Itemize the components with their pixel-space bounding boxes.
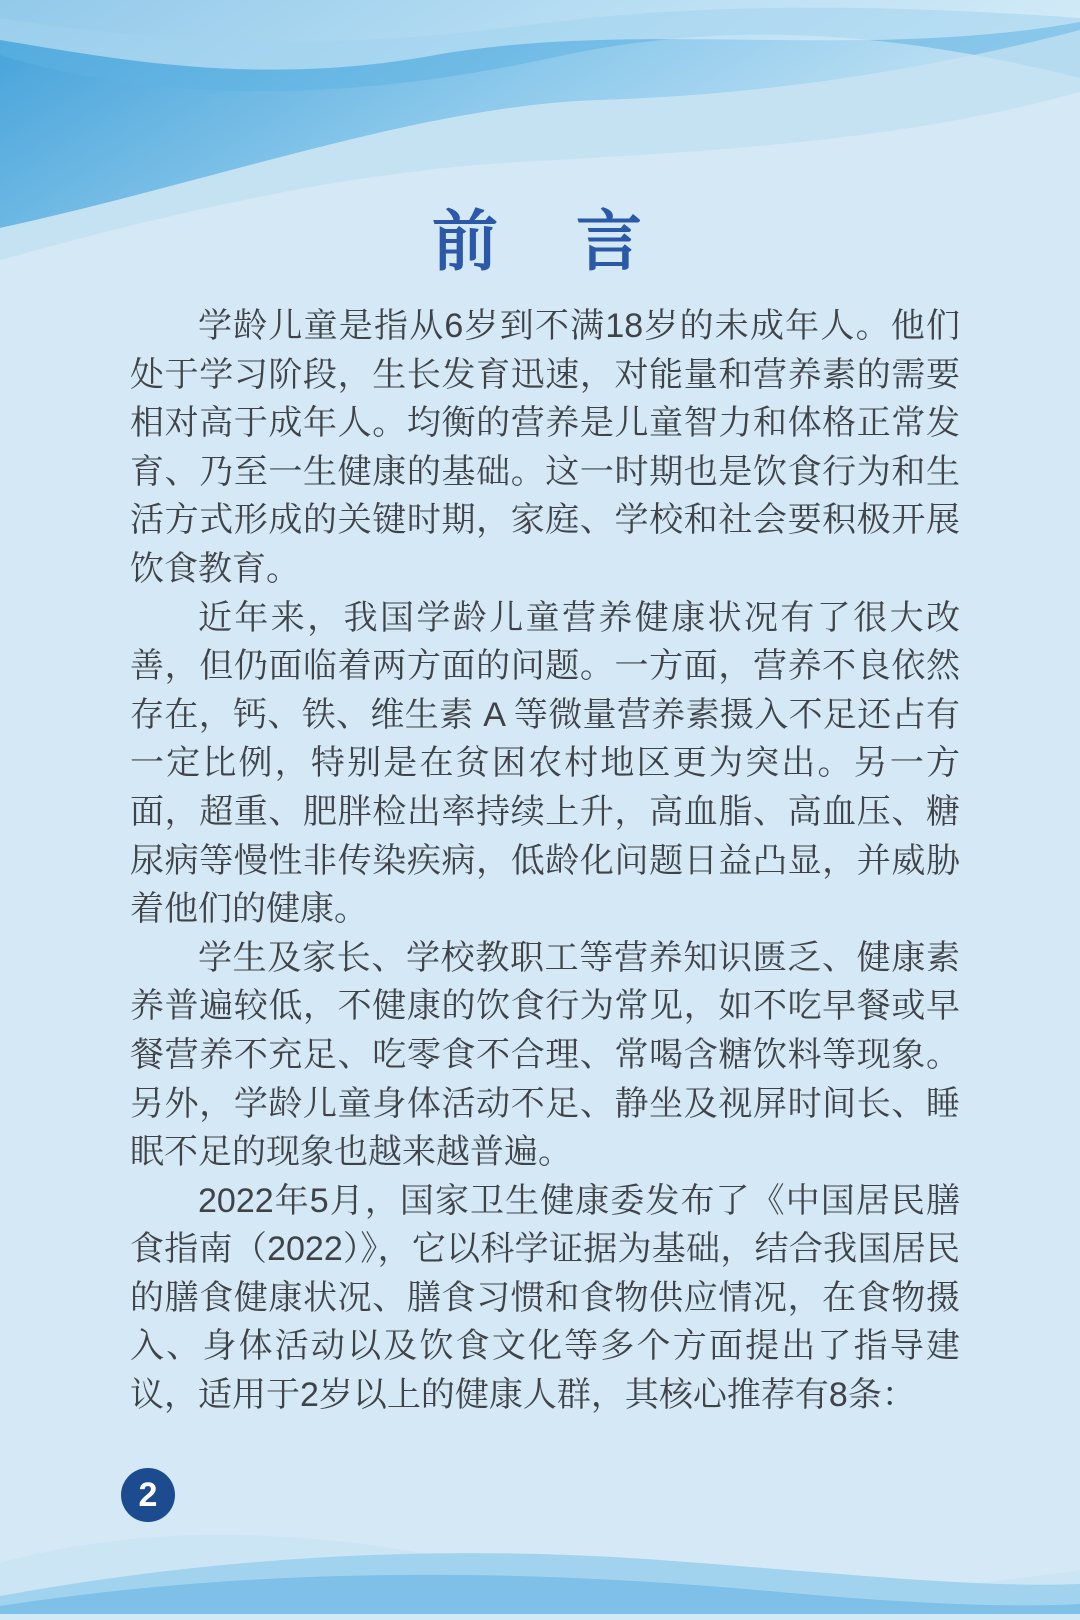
paragraph: 近年来，我国学龄儿童营养健康状况有了很大改善，但仍面临着两方面的问题。一方面，营… [130, 594, 960, 934]
page-number-badge: 2 [121, 1468, 175, 1522]
body-text: 学龄儿童是指从6岁到不满18岁的未成年人。他们处于学习阶段，生长发育迅速，对能量… [130, 302, 960, 1420]
page-title: 前 言 [0, 188, 1080, 283]
paragraph: 学生及家长、学校教职工等营养知识匮乏、健康素养普遍较低，不健康的饮食行为常见，如… [130, 934, 960, 1177]
document-page: 前 言 学龄儿童是指从6岁到不满18岁的未成年人。他们处于学习阶段，生长发育迅速… [0, 0, 1080, 1620]
paragraph: 学龄儿童是指从6岁到不满18岁的未成年人。他们处于学习阶段，生长发育迅速，对能量… [130, 302, 960, 594]
bottom-wave-decoration [0, 1508, 1080, 1620]
page-number: 2 [139, 1476, 158, 1515]
paragraph: 2022年5月，国家卫生健康委发布了《中国居民膳食指南（2022）》，它以科学证… [130, 1177, 960, 1420]
